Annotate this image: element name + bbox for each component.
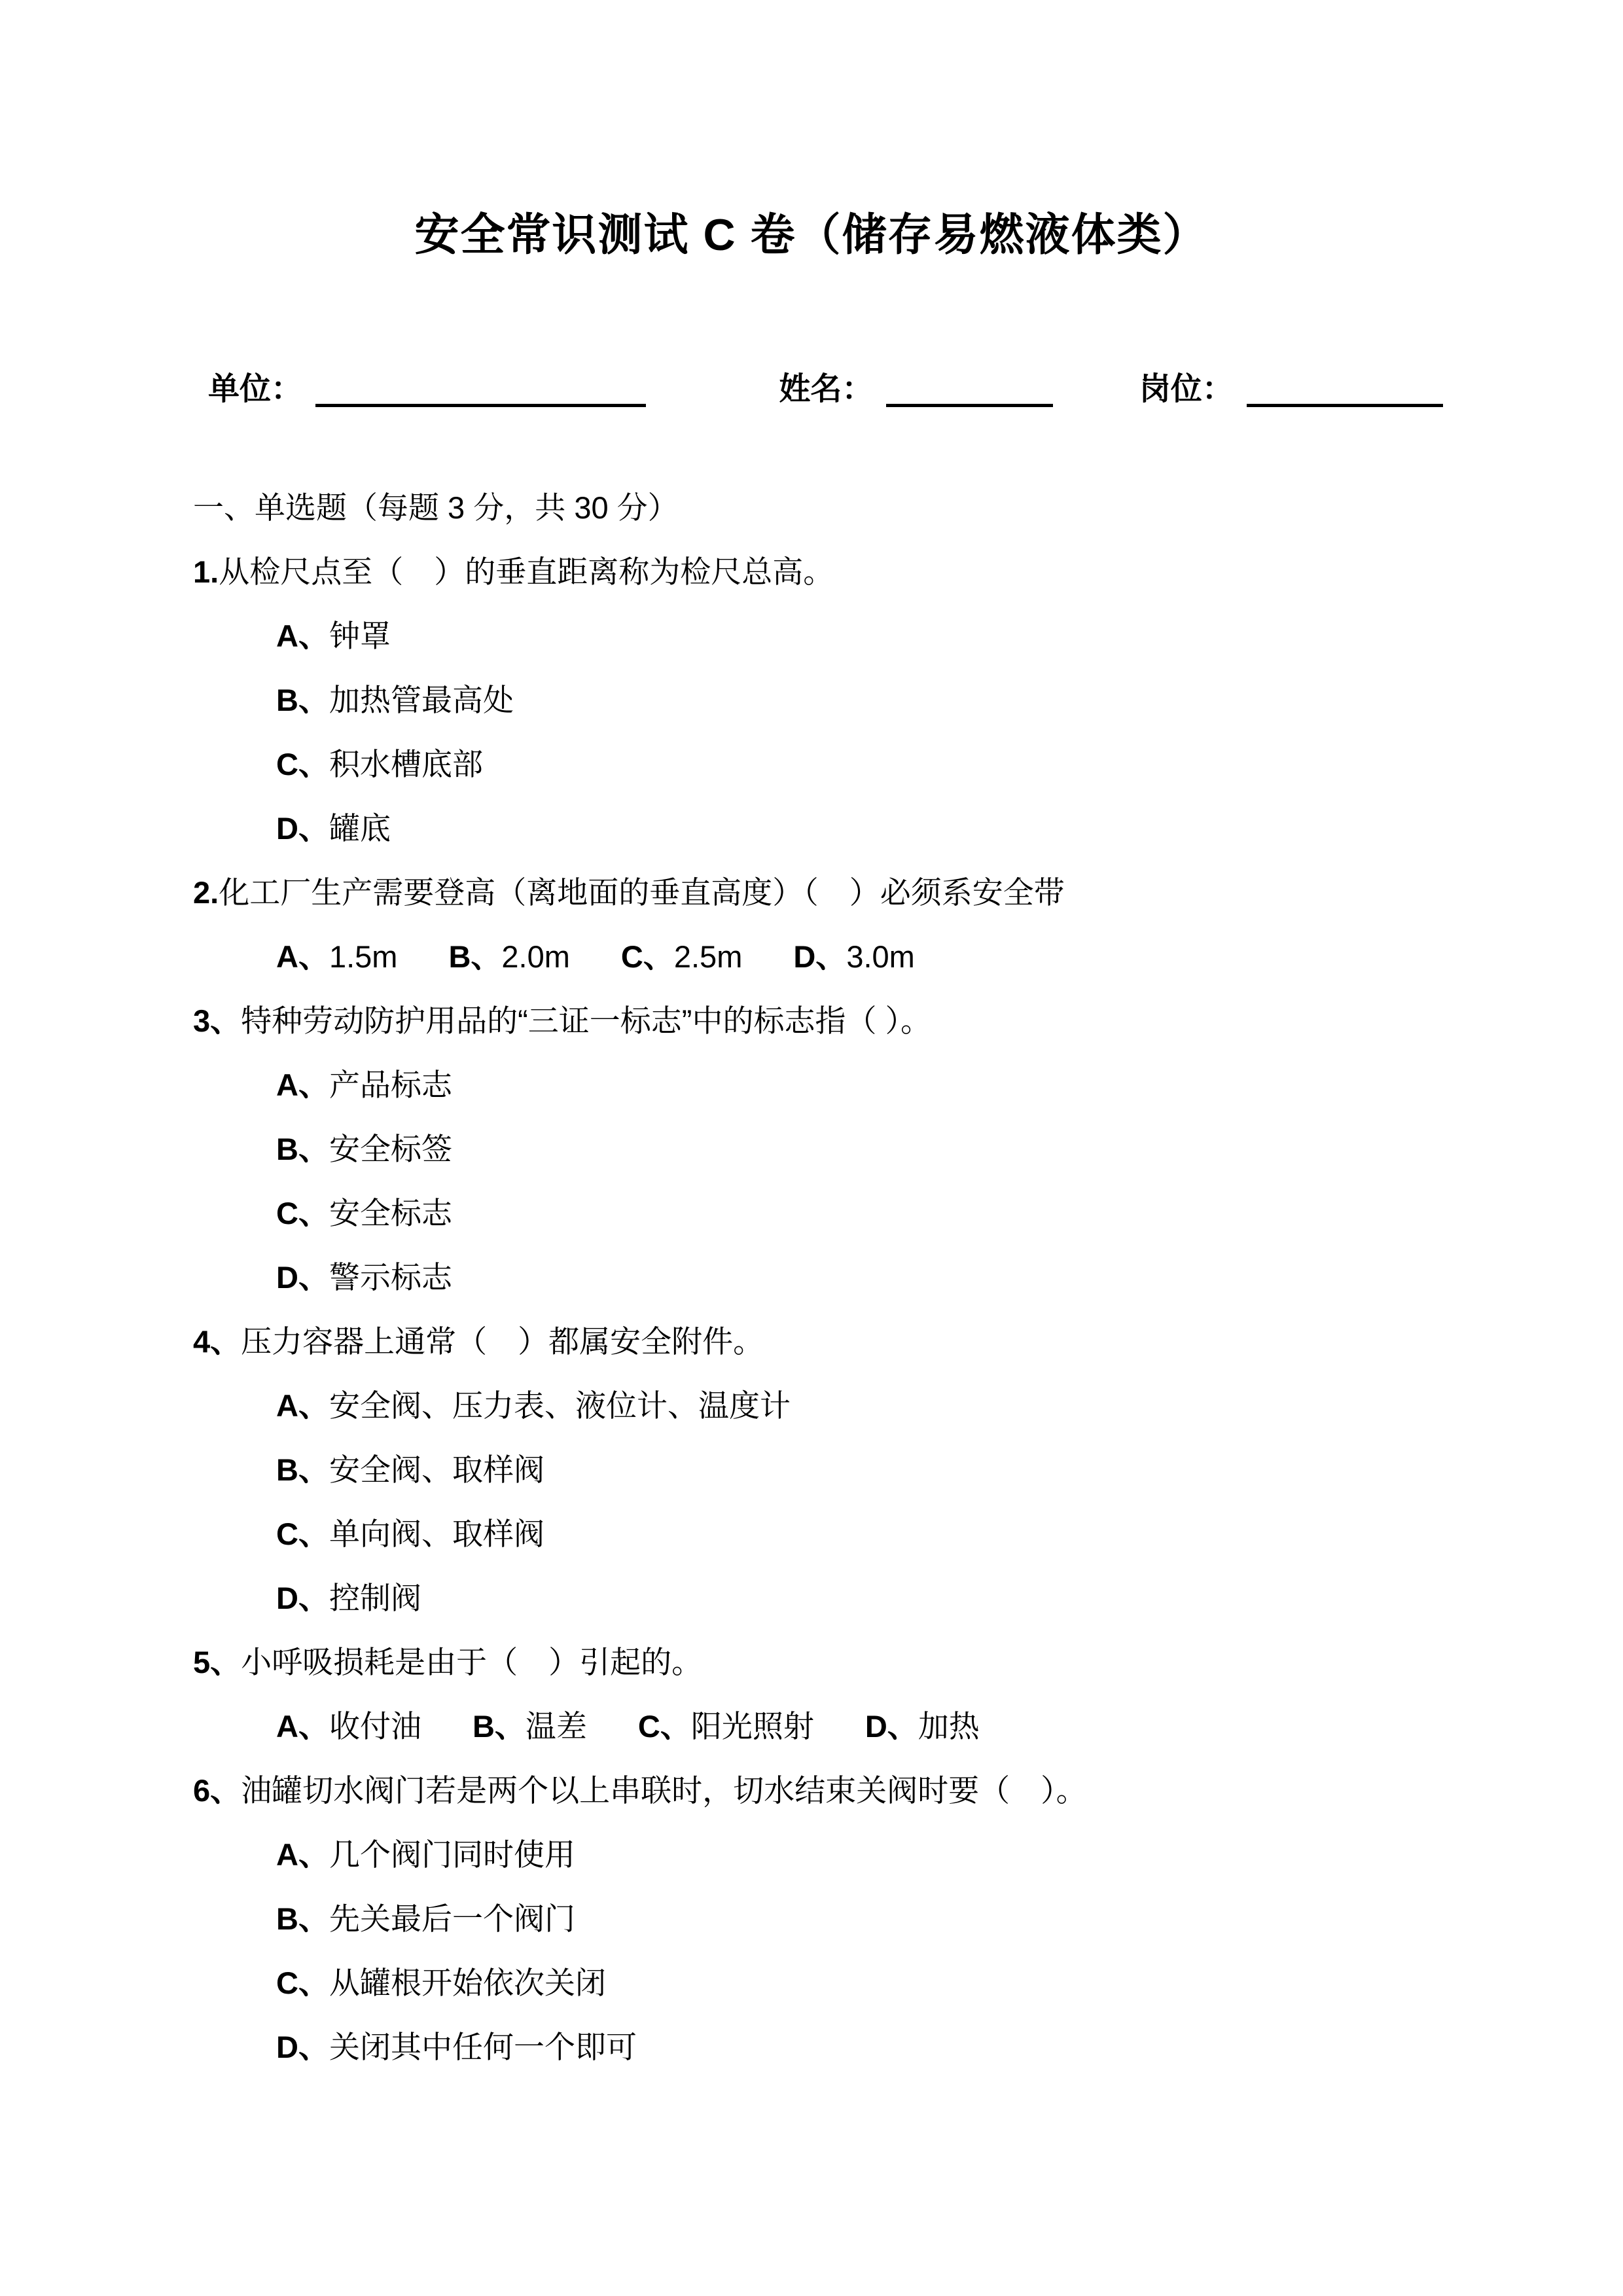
question-4-text: 压力容器上通常（ ）都属安全附件。 bbox=[241, 1324, 764, 1359]
question-2-option-a: A、1.5m bbox=[276, 925, 397, 989]
question-3-option-d: D、警示标志 bbox=[193, 1246, 1450, 1310]
question-2-option-b: B、2.0m bbox=[448, 925, 569, 989]
question-3-option-c: C、安全标志 bbox=[193, 1181, 1450, 1246]
page-title: 安全常识测试 C 卷（储存易燃液体类） bbox=[0, 0, 1623, 268]
question-6: 6、油罐切水阀门若是两个以上串联时，切水结束关阀时要（ ）。 bbox=[193, 1759, 1450, 1823]
name-field: 姓名： bbox=[779, 372, 1053, 406]
post-field: 岗位： bbox=[1139, 372, 1443, 406]
post-blank-line[interactable] bbox=[1247, 404, 1443, 407]
question-1-text: 从检尺点至（ ）的垂直距离称为检尺总高。 bbox=[219, 554, 834, 589]
question-2-option-c: C、2.5m bbox=[621, 925, 742, 989]
question-5-option-b: B、温差 bbox=[473, 1695, 587, 1759]
unit-field: 单位： bbox=[208, 372, 646, 406]
question-2: 2.化工厂生产需要登高（离地面的垂直高度）（ ）必须系安全带 bbox=[193, 861, 1450, 925]
question-5-text: 小呼吸损耗是由于（ ）引起的。 bbox=[241, 1645, 702, 1679]
unit-label: 单位： bbox=[208, 372, 302, 406]
question-3-text: 特种劳动防护用品的“三证一标志”中的标志指（ ）。 bbox=[241, 1003, 931, 1038]
question-1-option-b: B、加热管最高处 bbox=[193, 668, 1450, 732]
name-label: 姓名： bbox=[779, 372, 873, 406]
question-5: 5、小呼吸损耗是由于（ ）引起的。 bbox=[193, 1630, 1450, 1695]
document-page: 安全常识测试 C 卷（储存易燃液体类） 单位： 姓名： 岗位： 一、单选题（每题… bbox=[0, 0, 1623, 2296]
question-5-option-d: D、加热 bbox=[865, 1695, 980, 1759]
section-heading: 一、单选题（每题 3 分，共 30 分） bbox=[193, 476, 1450, 540]
question-1-option-d: D、罐底 bbox=[193, 797, 1450, 861]
identity-header: 单位： 姓名： 岗位： bbox=[208, 357, 1623, 422]
question-2-options: A、1.5mB、2.0mC、2.5mD、3.0m bbox=[193, 925, 1450, 989]
post-label: 岗位： bbox=[1139, 372, 1234, 406]
question-6-option-d: D、关闭其中任何一个即可 bbox=[193, 2015, 1450, 2079]
question-6-number: 6、 bbox=[193, 1773, 241, 1808]
question-4: 4、压力容器上通常（ ）都属安全附件。 bbox=[193, 1310, 1450, 1374]
question-1-option-c: C、积水槽底部 bbox=[193, 732, 1450, 797]
question-4-option-a: A、安全阀、压力表、液位计、温度计 bbox=[193, 1374, 1450, 1438]
question-1-option-a: A、钟罩 bbox=[193, 604, 1450, 668]
question-5-options: A、收付油B、温差C、阳光照射D、加热 bbox=[193, 1695, 1450, 1759]
question-3-option-b: B、安全标签 bbox=[193, 1117, 1450, 1181]
question-2-text: 化工厂生产需要登高（离地面的垂直高度）（ ）必须系安全带 bbox=[219, 875, 1065, 910]
question-1-number: 1. bbox=[193, 554, 219, 589]
question-body: 一、单选题（每题 3 分，共 30 分） 1.从检尺点至（ ）的垂直距离称为检尺… bbox=[193, 476, 1450, 2079]
question-6-option-c: C、从罐根开始依次关闭 bbox=[193, 1951, 1450, 2015]
question-5-option-a: A、收付油 bbox=[276, 1695, 421, 1759]
question-6-option-a: A、几个阀门同时使用 bbox=[193, 1823, 1450, 1887]
question-4-option-b: B、安全阀、取样阀 bbox=[193, 1438, 1450, 1502]
question-4-option-d: D、控制阀 bbox=[193, 1566, 1450, 1630]
question-3-option-a: A、产品标志 bbox=[193, 1053, 1450, 1117]
question-2-number: 2. bbox=[193, 875, 219, 910]
unit-blank-line[interactable] bbox=[315, 404, 646, 407]
question-1: 1.从检尺点至（ ）的垂直距离称为检尺总高。 bbox=[193, 540, 1450, 604]
question-4-option-c: C、单向阀、取样阀 bbox=[193, 1502, 1450, 1566]
question-5-number: 5、 bbox=[193, 1645, 241, 1679]
question-3: 3、特种劳动防护用品的“三证一标志”中的标志指（ ）。 bbox=[193, 989, 1450, 1053]
name-blank-line[interactable] bbox=[886, 404, 1053, 407]
question-5-option-c: C、阳光照射 bbox=[638, 1695, 814, 1759]
question-6-option-b: B、先关最后一个阀门 bbox=[193, 1887, 1450, 1951]
question-6-text: 油罐切水阀门若是两个以上串联时，切水结束关阀时要（ ）。 bbox=[241, 1773, 1087, 1808]
question-4-number: 4、 bbox=[193, 1324, 241, 1359]
question-2-option-d: D、3.0m bbox=[793, 925, 914, 989]
question-3-number: 3、 bbox=[193, 1003, 241, 1038]
